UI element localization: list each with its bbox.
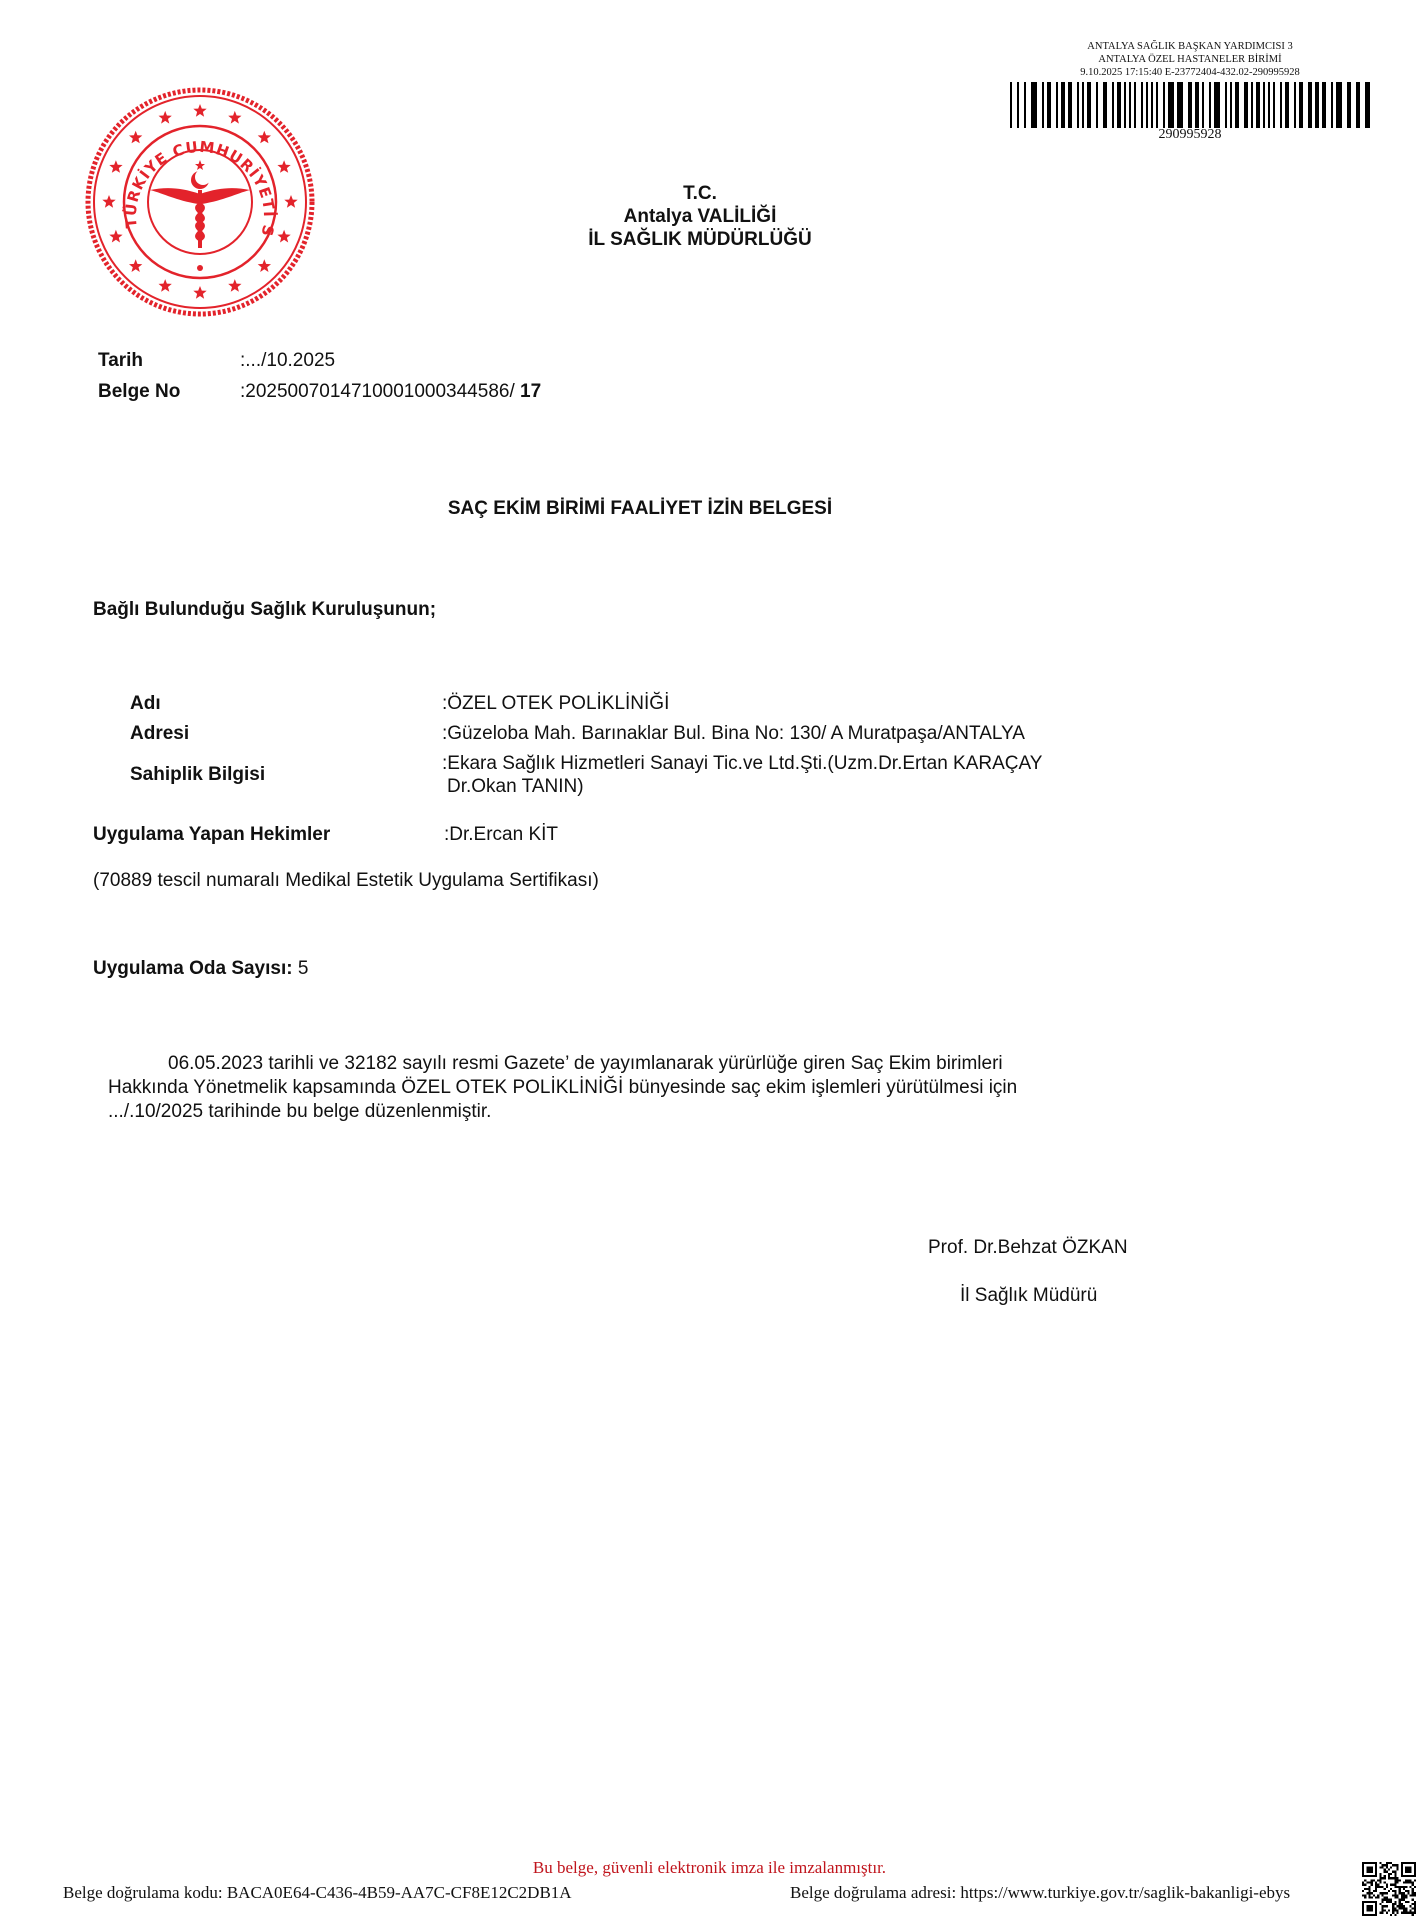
stamp-line-1: ANTALYA SAĞLIK BAŞKAN YARDIMCISI 3 xyxy=(995,40,1385,53)
institution-name-label: Adı xyxy=(130,693,161,715)
room-count: Uygulama Oda Sayısı: 5 xyxy=(93,958,308,980)
doc-no-suffix: 17 xyxy=(520,381,541,402)
issuer-header: T.C. Antalya VALİLİĞİ İL SAĞLIK MÜDÜRLÜĞ… xyxy=(500,182,900,251)
barcode-number: 290995928 xyxy=(995,128,1385,141)
barcode-stamp: ANTALYA SAĞLIK BAŞKAN YARDIMCISI 3 ANTAL… xyxy=(995,40,1385,141)
body-line-2: Hakkında Yönetmelik kapsamında ÖZEL OTEK… xyxy=(108,1076,1128,1100)
doc-no-number: :20250070147100010003445​86/ xyxy=(240,381,520,402)
svg-text:TÜRKİYE CUMHURİYETİ SAĞLIK BAK: TÜRKİYE CUMHURİYETİ SAĞLIK BAKANLIĞI xyxy=(80,82,279,239)
doc-no-label: Belge No xyxy=(98,381,180,403)
ministry-seal-logo-icon: TÜRKİYE CUMHURİYETİ SAĞLIK BAKANLIĞI xyxy=(80,82,320,322)
e-signature-notice: Bu belge, güvenli elektronik imza ile im… xyxy=(0,1858,1419,1878)
stamp-line-2: ANTALYA ÖZEL HASTANELER BİRİMİ xyxy=(995,53,1385,66)
verification-url[interactable]: Belge doğrulama adresi: https://www.turk… xyxy=(790,1883,1290,1903)
institution-owner-value-2: Dr.Okan TANIN) xyxy=(447,776,584,798)
institution-owner-label: Sahiplik Bilgisi xyxy=(130,764,265,786)
section-heading: Bağlı Bulunduğu Sağlık Kuruluşunun; xyxy=(93,599,436,621)
barcode-icon xyxy=(1010,82,1370,128)
document-title: SAÇ EKİM BİRİMİ FAALİYET İZİN BELGESİ xyxy=(300,498,980,520)
qr-code-icon[interactable] xyxy=(1362,1862,1416,1916)
room-count-value: 5 xyxy=(293,958,309,979)
doc-no-value: :20250070147100010003445​86/ 17 xyxy=(240,381,541,403)
body-line-1: 06.05.2023 tarihli ve 32182 sayılı resmi… xyxy=(108,1052,1128,1076)
body-line-3: .../.10/2025 tarihinde bu belge düzenlen… xyxy=(108,1100,1128,1124)
header-directorate: İL SAĞLIK MÜDÜRLÜĞÜ xyxy=(500,228,900,251)
institution-address-label: Adresi xyxy=(130,723,189,745)
signatory-name: Prof. Dr.Behzat ÖZKAN xyxy=(928,1237,1128,1259)
body-paragraph: 06.05.2023 tarihli ve 32182 sayılı resmi… xyxy=(108,1052,1128,1124)
room-count-label: Uygulama Oda Sayısı: xyxy=(93,958,293,979)
stamp-line-3: 9.10.2025 17:15:40 E-23772404-432.02-290… xyxy=(995,66,1385,79)
physicians-value: :Dr.Ercan KİT xyxy=(444,824,558,846)
header-tc: T.C. xyxy=(500,182,900,205)
institution-name-value: :ÖZEL OTEK POLİKLİNİĞİ xyxy=(442,693,669,715)
verification-code: Belge doğrulama kodu: BACA0E64-C436-4B59… xyxy=(63,1883,572,1903)
institution-address-value: :Güzeloba Mah. Barınaklar Bul. Bina No: … xyxy=(442,723,1025,745)
institution-owner-value-1: :Ekara Sağlık Hizmetleri Sanayi Tic.ve L… xyxy=(442,753,1042,775)
header-governorship: Antalya VALİLİĞİ xyxy=(500,205,900,228)
physician-certificate: (70889 tescil numaralı Medikal Estetik U… xyxy=(93,870,599,892)
date-label: Tarih xyxy=(98,350,143,372)
physicians-label: Uygulama Yapan Hekimler xyxy=(93,824,330,846)
date-value: :.../10.2025 xyxy=(240,350,335,372)
signatory-title: İl Sağlık Müdürü xyxy=(960,1285,1097,1307)
